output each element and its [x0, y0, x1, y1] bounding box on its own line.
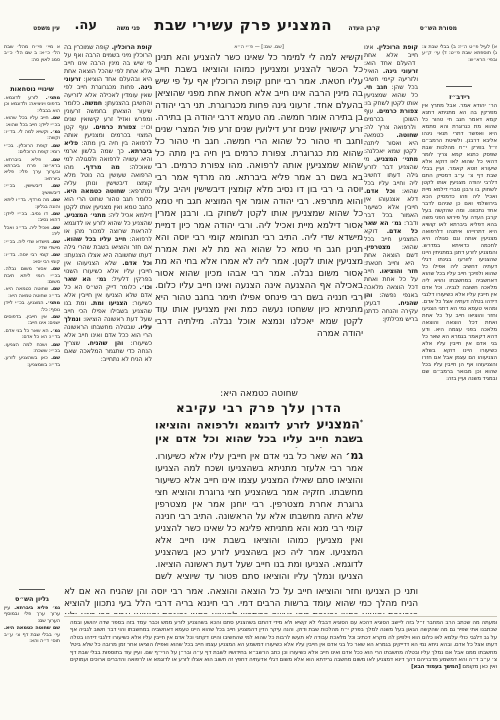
- gilyon-entry: גמ׳ פליא ביברתא. עיין ערוך ערך פלי ובמוס…: [4, 605, 60, 624]
- bottom-commentary-text: ומעתה מה שכתב הרב המחבר ז״ל בזה ליישב הס…: [70, 620, 497, 670]
- page-title: המצניע פרק עשירי שבת: [154, 16, 332, 34]
- pnei-moshe-column: קופת הרוכלין. קופה שמוכרין בה הרוכלין מי…: [64, 44, 152, 584]
- reference-line: [שם. שם:] — פ״י ה״א: [155, 44, 363, 50]
- shinuyei-entry: מתני׳. לזרע לדוגמא. בדפוס ויניציאה: ולדו…: [4, 95, 60, 114]
- shinuyei-entry: שם. קופת הרוכלין. בכ״י רומי: קופת הרוכלי…: [4, 143, 60, 156]
- continuation-note: [המשך בעמוד הבא]: [411, 664, 461, 670]
- gilyon-hashas-title: גליון הש״ס: [4, 595, 60, 603]
- shinuyei-entry: שם. מה מרדף. בד״ו ליתא והוגה בגליון:: [4, 197, 60, 210]
- gemara-perek9: וקשיא למה לי למימר כל שאינו כשר להצניע ו…: [155, 52, 363, 388]
- bottom-commentary: ומעתה מה שכתב הרב המחבר ז״ל בזה ליישב הס…: [70, 620, 497, 686]
- bottom-separator-rule: [64, 616, 497, 617]
- ridvaz-section: הר׳ יהודא אמר. אבל מתרץ אין מפרקין בה הא…: [422, 103, 497, 613]
- shinuyei-entry: שם. דיבשישין. בכ״י: דיבשושין:: [4, 183, 60, 196]
- daf-number: עה.: [74, 18, 97, 33]
- mishnah-opening-word: המצניע: [316, 417, 359, 432]
- ridvaz-title: רידב״ז: [422, 93, 497, 101]
- shinuyei-entry: שם. שחוטה כטמאה היא. בד״ו: שחוטה טמאה הי…: [4, 286, 60, 299]
- shinuyei-nuschaot-title: שינויי נוסחאות: [4, 85, 60, 93]
- header-label-karban-haeda: קרבן העדה: [348, 25, 380, 32]
- gemara-perek9-last-line: שחוטה כטמאה היא:: [155, 388, 363, 400]
- shinuyei-entry: שם. חייב עליו בכל שהוא. בכ״י ליידן: חייב…: [4, 115, 60, 128]
- shinuyei-entry: שם. דו נסיב. בכ״י ליידן: דהוא נסיב:: [4, 211, 60, 224]
- mishnah-footnote-marker: *: [360, 419, 363, 426]
- ornament-divider: [446, 86, 472, 87]
- shinuyei-entry: שם. כאן בשהצניע לזרע. בד״ו: בשמצניע:: [4, 355, 60, 368]
- gemara-perek10-text: הא שאר כל בני אדם אין חייבין עליו אלא כש…: [155, 452, 363, 584]
- shinuyei-entry: שם. אסור משום נבלה. בכ״י רומי ליתא תיבת …: [4, 266, 60, 285]
- shinuyei-entry: שם. מישדא שדי ליה. בכ״י: מישדי שדי:: [4, 239, 60, 252]
- gemara-lead-word: גמ׳: [346, 450, 363, 462]
- shinuyei-nuschaot-section: מתני׳. לזרע לדוגמא. בדפוס ויניציאה: ולדו…: [4, 95, 60, 583]
- header-label-masoret-hashas: מסורת הש״ס: [420, 25, 457, 32]
- karban-haeda-entry: שחוטה. כטמאה היא ואסור ליתנה לקטן שמא יא…: [364, 132, 418, 155]
- ein-mishpat-block: א מיי׳ פי״ח מהל׳ שבת הל׳ כ״א: ב שם הל׳ כ…: [4, 44, 60, 72]
- shinuyei-entry: גמ׳. הא שאר כל בני אדם. בד״ו: הא כל אדם:: [4, 328, 60, 341]
- gilyon-hashas-section: גמ׳ פליא ביברתא. עיין ערוך ערך פלי ובמוס…: [4, 605, 60, 669]
- karban-haeda-column: קופת הרוכלין. אינו חייב אלא אחת דהעלם אח…: [364, 44, 418, 584]
- gilyon-entry: שם שחוטה כטמאה היא. עי׳ בבלי שבת דף צ׳ ע…: [4, 625, 60, 644]
- hadran-line: הדרן עלך פרק רבי עקיבא: [155, 401, 363, 415]
- ornament-divider: [19, 79, 45, 80]
- shinuyei-entry: גמ׳. וקשיא למה לי. בד״ו: וקשה:: [4, 129, 60, 142]
- shinuyei-entry: שם. אין חייבין. בדפוסים ישנים: אינו חייב…: [4, 314, 60, 327]
- header-label-ein-mishpat: עין משפט: [33, 25, 60, 32]
- masoret-hashas-block: א) לעיל פ״ט ה״ז: ב) בבלי שבת צ: ג) תוספת…: [422, 44, 497, 78]
- shinuyei-entry: שם. פליא ביברתא. ברא״ש: פרח ביברתא ובערו…: [4, 157, 60, 183]
- shinuyei-entry: שם. ואכיל ליה. בד״ו: ואכל ליה:: [4, 225, 60, 238]
- shinuyei-entry: מתני׳. המצניע. בכ״י ליידן נוסף: כל:: [4, 300, 60, 313]
- ornament-divider: [19, 589, 45, 590]
- gemara-wide-tail: ותני כן הצניעו וחזר והוציאו חייב על כל ה…: [64, 586, 418, 614]
- gemara-perek10: גמ׳ הא שאר כל בני אדם אין חייבין עליו אל…: [155, 450, 363, 584]
- talmud-page: עין משפט פני משה עה. המצניע פרק עשירי שב…: [0, 0, 500, 720]
- shinuyei-entry: שם. קומי רבי יוסה. בד״ו: קומי רבי יסא:: [4, 252, 60, 265]
- karban-haeda-entry: חזר והוציאו. חייב על כל אחת ואחת דכל הוצ…: [364, 268, 418, 299]
- mishnah-paragraph: *המצניע לזרע לדוגמא ולרפואה והוציאו בשבת…: [155, 416, 363, 448]
- karban-haeda-entry: צפורת כרמים. עוף השוכן בכרמים ולרפואה צר…: [364, 108, 418, 131]
- karban-haeda-entry: קופת הרוכלין. אינו חייב אלא אחת דהעלם אח…: [364, 44, 418, 67]
- header-label-pnei-moshe: פני משה: [116, 25, 140, 32]
- shinuyei-entry: שם. ושכח למה הצניעו. בכ״י: ששכח:: [4, 342, 60, 355]
